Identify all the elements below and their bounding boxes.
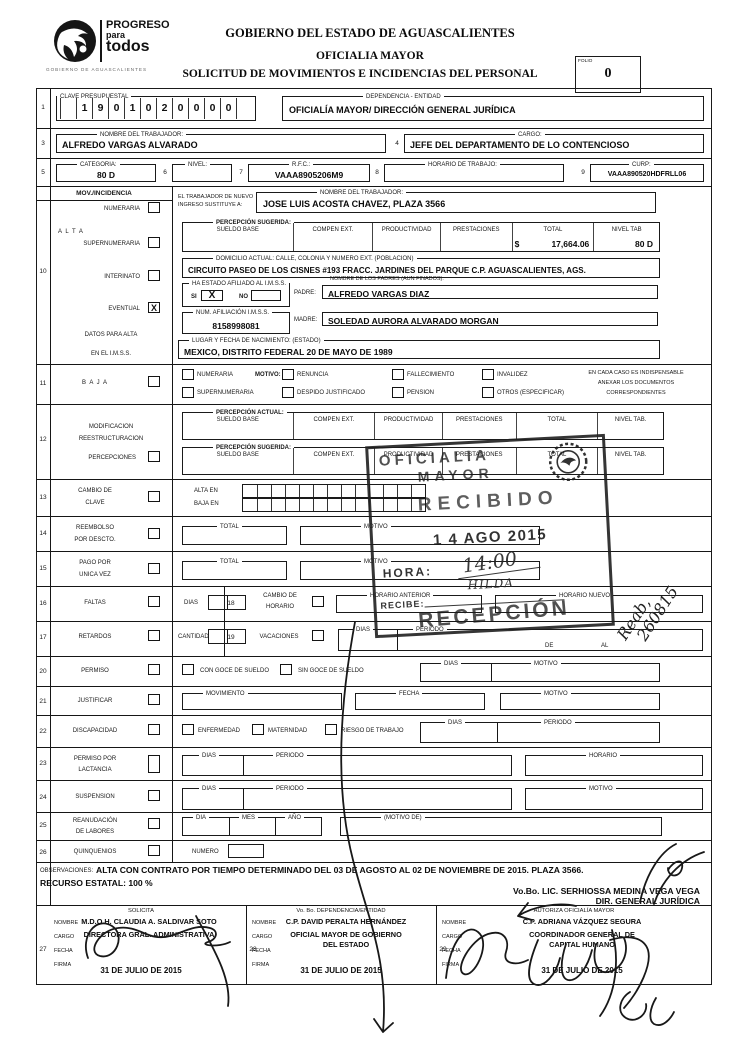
suspension-dias-label: DIAS bbox=[199, 785, 219, 793]
row-number: 6 bbox=[158, 169, 172, 176]
logo-divider bbox=[100, 20, 102, 62]
reanudacion-motivo-label: (MOTIVO DE) bbox=[381, 814, 425, 822]
lactancia-periodo-label: PERIODO bbox=[273, 752, 307, 760]
datos-para-alta-label: DATOS PARA ALTA bbox=[50, 332, 172, 339]
solicita-header: SOLICITA bbox=[36, 908, 246, 915]
nombre-trabajador-box[interactable]: NOMBRE DEL TRABAJADOR: ALFREDO VARGAS AL… bbox=[56, 134, 386, 153]
digit-cell[interactable]: 9 bbox=[92, 98, 108, 119]
cambio-clave-label-1: CAMBIO DE bbox=[50, 488, 140, 495]
otros-label: OTROS (ESPECIFICAR) bbox=[497, 390, 564, 397]
rule bbox=[36, 747, 712, 748]
reembolso-total-box[interactable]: TOTAL bbox=[182, 526, 287, 545]
nivel-tab-cell[interactable]: NIVEL TAB 80 D bbox=[593, 223, 659, 251]
padre-label: PADRE: bbox=[294, 290, 316, 297]
despido-checkbox[interactable] bbox=[282, 387, 294, 398]
baja-supernumeraria-label: SUPERNUMERARIA bbox=[197, 390, 254, 397]
title-gobierno: GOBIERNO DEL ESTADO DE AGUASCALIENTES bbox=[150, 26, 590, 41]
reception-stamp: OFICIALIA MAYOR RECIBIDO 1 4 AGO 2015 HO… bbox=[365, 434, 615, 638]
rule bbox=[36, 158, 712, 159]
baja-numeraria-label: NUMERARIA bbox=[197, 372, 233, 379]
digit-cell[interactable] bbox=[327, 485, 341, 497]
reanudacion-label-1: REANUDACIÓN bbox=[50, 818, 140, 825]
num-afiliacion-box[interactable]: NUM. AFILIACIÓN I.M.S.S. 8158998081 bbox=[182, 312, 290, 334]
compen-ext-label: COMPEN EXT. bbox=[310, 226, 357, 234]
rule bbox=[36, 840, 712, 841]
fecha-mini-label: FECHA bbox=[252, 948, 271, 955]
section-number: 12 bbox=[36, 436, 50, 443]
lactancia-dias-label: DIAS bbox=[199, 752, 219, 760]
digit-cell[interactable] bbox=[327, 499, 341, 511]
rfc-label: R.F.C.: bbox=[289, 161, 313, 169]
section-number: 15 bbox=[36, 565, 50, 572]
number-column-line bbox=[50, 88, 51, 905]
digit-cell[interactable] bbox=[236, 98, 252, 119]
vacaciones-checkbox[interactable] bbox=[312, 630, 324, 641]
sustituto-nombre-label: NOMBRE DEL TRABAJADOR: bbox=[317, 189, 406, 197]
justificar-label: JUSTIFICAR bbox=[50, 698, 140, 705]
autoriza-nombre: C.P. ADRIANA VÁZQUEZ SEGURA bbox=[462, 917, 702, 926]
riesgo-checkbox[interactable] bbox=[325, 724, 337, 735]
section-number: 16 bbox=[36, 600, 50, 607]
enfermedad-checkbox[interactable] bbox=[182, 724, 194, 735]
rule bbox=[36, 364, 712, 365]
total-value: 17,664.06 bbox=[551, 239, 589, 249]
section-number: 11 bbox=[36, 380, 50, 387]
cambio-clave-checkbox[interactable] bbox=[148, 491, 160, 502]
modificacion-checkbox[interactable] bbox=[148, 451, 160, 462]
pago-unica-label-1: PAGO POR bbox=[50, 560, 140, 567]
digit-cell[interactable] bbox=[299, 499, 313, 511]
justificar-movimiento-label: MOVIMIENTO bbox=[203, 690, 248, 698]
section-number: 20 bbox=[36, 668, 50, 675]
curp-value: VAAA890520HDFRLL06 bbox=[591, 171, 703, 178]
afiliado-imss-label: HA ESTADO AFILIADO AL I.M.S.S. bbox=[189, 280, 289, 288]
nombre-trabajador-value: ALFREDO VARGAS ALVARADO bbox=[62, 140, 198, 150]
row-number: 9 bbox=[576, 169, 590, 176]
invalidez-label: INVALIDEZ bbox=[497, 372, 528, 379]
con-goce-checkbox[interactable] bbox=[182, 664, 194, 675]
dependencia-value: OFICIALÍA MAYOR/ DIRECCIÓN GENERAL JURÍD… bbox=[289, 105, 516, 115]
baja-nota-2: ANEXAR LOS DOCUMENTOS bbox=[568, 380, 704, 387]
pa-total-label: TOTAL bbox=[545, 416, 570, 424]
vobo-dependencia-nombre: C.P. DAVID PERALTA HERNÁNDEZ bbox=[262, 917, 430, 926]
nacimiento-label: LUGAR Y FECHA DE NACIMIENTO: (ESTADO) bbox=[189, 337, 324, 345]
rule bbox=[243, 756, 244, 775]
cambio-clave-label-2: CLAVE bbox=[50, 500, 140, 507]
si-checkbox[interactable]: X bbox=[201, 290, 223, 301]
nivel-tab-label: NIVEL TAB bbox=[609, 226, 645, 234]
vobo-dependencia-fecha: 31 DE JULIO DE 2015 bbox=[246, 966, 436, 975]
rule bbox=[36, 128, 712, 129]
reanudacion-fecha-box[interactable]: DIA MES AÑO bbox=[182, 817, 322, 836]
observaciones-line-1: ALTA CON CONTRATO POR TIEMPO DETERMINADO… bbox=[96, 865, 584, 875]
digit-cell[interactable] bbox=[285, 499, 299, 511]
vacaciones-dias-label: DIAS bbox=[353, 626, 373, 634]
cargo-box[interactable]: CARGO: JEFE DEL DEPARTAMENTO DE LO CONTE… bbox=[404, 134, 704, 153]
pa-compen-cell[interactable]: COMPEN EXT. bbox=[293, 413, 375, 439]
suspension-checkbox[interactable] bbox=[148, 790, 160, 801]
rule bbox=[436, 905, 437, 985]
section-number: 23 bbox=[36, 760, 50, 767]
fallecimiento-checkbox[interactable] bbox=[392, 369, 404, 380]
num-afiliacion-label: NUM. AFILIACIÓN I.M.S.S. bbox=[193, 309, 272, 317]
numeraria-checkbox[interactable] bbox=[148, 202, 160, 213]
scanned-form-page: PROGRESO para todos GOBIERNO DE AGUASCAL… bbox=[0, 0, 743, 1046]
rule bbox=[275, 818, 276, 835]
pension-checkbox[interactable] bbox=[392, 387, 404, 398]
compen-ext-cell[interactable]: COMPEN EXT. bbox=[293, 223, 373, 251]
vobo-title: DIR. GENERAL JURÍDICA bbox=[360, 896, 700, 906]
madre-label: MADRE: bbox=[294, 317, 317, 324]
padres-label: NOMBRE DE LOS PADRES (AUN FINADOS): bbox=[330, 276, 444, 283]
observaciones-label: OBSERVACIONES: bbox=[40, 868, 93, 875]
pa-prod-cell[interactable]: PRODUCTIVIDAD bbox=[374, 413, 442, 439]
percepcion-sugerida-box: PERCEPCIÓN SUGERIDA: SUELDO BASE COMPEN … bbox=[182, 222, 660, 252]
despido-label: DESPIDO JUSTIFICADO bbox=[297, 390, 365, 397]
section-number: 13 bbox=[36, 494, 50, 501]
pa-prest-label: PRESTACIONES bbox=[453, 416, 506, 424]
vobo-dependencia-cargo-2: DEL ESTADO bbox=[262, 940, 430, 949]
eventual-label: EVENTUAL bbox=[60, 306, 140, 313]
sueldo-base-cell[interactable]: SUELDO BASE bbox=[183, 223, 293, 251]
label-column-line bbox=[172, 186, 173, 862]
autoriza-cargo-1: COORDINADOR GENERAL DE bbox=[462, 930, 702, 939]
suspension-dias-periodo-box[interactable]: DIAS PERIODO bbox=[182, 788, 512, 810]
percepciones-label: PERCEPCIONES bbox=[56, 455, 136, 462]
digit-cell[interactable] bbox=[271, 499, 285, 511]
clave-digit-cells: 1901020000 bbox=[60, 98, 252, 119]
nacimiento-value: MEXICO, DISTRITO FEDERAL 20 DE MAYO DE 1… bbox=[184, 347, 393, 357]
digit-cell[interactable] bbox=[271, 485, 285, 497]
pa-prod-label: PRODUCTIVIDAD bbox=[381, 416, 437, 424]
sustituye-label-1: EL TRABAJADOR DE NUEVO bbox=[178, 194, 253, 201]
justificar-movimiento-box[interactable]: MOVIMIENTO bbox=[182, 693, 342, 710]
domicilio-label: DOMICILIO ACTUAL: CALLE, COLONIA Y NUMER… bbox=[213, 255, 417, 263]
pa-sueldo-label: SUELDO BASE bbox=[214, 416, 262, 424]
suspension-periodo-label: PERIODO bbox=[273, 785, 307, 793]
cargo-label: CARGO: bbox=[515, 131, 545, 139]
discapacidad-dias-label: DIAS bbox=[445, 719, 465, 727]
seal-icon bbox=[546, 440, 590, 484]
baja-numeraria-checkbox[interactable] bbox=[182, 369, 194, 380]
pago-unica-checkbox[interactable] bbox=[148, 563, 160, 574]
section-number: 19 bbox=[224, 634, 238, 641]
ps-sueldo-cell[interactable]: SUELDO BASE bbox=[183, 448, 293, 474]
quinquenios-label: QUINQUENIOS bbox=[50, 849, 140, 856]
lactancia-checkbox[interactable] bbox=[148, 755, 160, 773]
pago-total-box[interactable]: TOTAL bbox=[182, 561, 287, 580]
dependencia-box[interactable]: DEPENDENCIA - ENTIDAD OFICIALÍA MAYOR/ D… bbox=[282, 96, 704, 121]
solicita-nombre: M.D.O.H. CLAUDIA A. SALDIVAR SOTO bbox=[54, 917, 244, 926]
section-number: 22 bbox=[36, 728, 50, 735]
digit-cell[interactable] bbox=[313, 499, 327, 511]
stamp-recibido: RECIBIDO bbox=[371, 485, 606, 519]
interinato-checkbox[interactable] bbox=[148, 270, 160, 281]
faltas-dias-label: DIAS bbox=[184, 600, 198, 607]
domicilio-box[interactable]: DOMICILIO ACTUAL: CALLE, COLONIA Y NUMER… bbox=[182, 258, 660, 278]
reanudacion-checkbox[interactable] bbox=[148, 818, 160, 829]
reanudacion-label-2: DE LABORES bbox=[50, 829, 140, 836]
otros-checkbox[interactable] bbox=[482, 387, 494, 398]
baja-en-label: BAJA EN bbox=[194, 501, 219, 508]
permiso-label: PERMISO bbox=[50, 668, 140, 675]
sin-goce-label: SIN GOCE DE SUELDO bbox=[298, 668, 364, 675]
reembolso-label-2: POR DESCTO. bbox=[50, 537, 140, 544]
observaciones-line-2: RECURSO ESTATAL: 100 % bbox=[40, 878, 153, 888]
interinato-label: INTERINATO bbox=[60, 274, 140, 281]
row-number: 4 bbox=[390, 140, 404, 147]
digit-cell[interactable] bbox=[355, 499, 369, 511]
pa-nivel-cell[interactable]: NIVEL TAB. bbox=[597, 413, 663, 439]
nivel-label: NIVEL: bbox=[185, 161, 210, 169]
stamp-hora-label: HORA: bbox=[382, 564, 432, 581]
section-number: 21 bbox=[36, 698, 50, 705]
padre-value: ALFREDO VARGAS DIAZ bbox=[328, 289, 429, 299]
rfc-box[interactable]: R.F.C.: VAAA8905206M9 bbox=[248, 164, 370, 182]
digit-cell[interactable] bbox=[257, 485, 271, 497]
digit-cell[interactable]: 2 bbox=[156, 98, 172, 119]
nivel-box[interactable]: NIVEL: bbox=[172, 164, 232, 182]
digit-cell[interactable] bbox=[341, 485, 355, 497]
pension-label: PENSION bbox=[407, 390, 434, 397]
maternidad-label: MATERNIDAD bbox=[268, 728, 307, 735]
clave-presupuestal-box: CLAVE PRESUPUESTAL 1901020000 bbox=[56, 96, 256, 121]
solicita-fecha: 31 DE JULIO DE 2015 bbox=[36, 966, 246, 975]
rule bbox=[229, 818, 230, 835]
productividad-cell[interactable]: PRODUCTIVIDAD bbox=[372, 223, 440, 251]
permiso-checkbox[interactable] bbox=[148, 664, 160, 675]
digit-cell[interactable] bbox=[243, 485, 257, 497]
productividad-label: PRODUCTIVIDAD bbox=[379, 226, 435, 234]
supernumeraria-label: SUPERNUMERARIA bbox=[56, 241, 140, 248]
title-solicitud: SOLICITUD DE MOVIMIENTOS E INCIDENCIAS D… bbox=[120, 68, 600, 80]
section-number: 10 bbox=[36, 268, 50, 275]
rule bbox=[36, 862, 712, 863]
reanudacion-ano-label: AÑO bbox=[285, 814, 304, 822]
rfc-value: VAAA8905206M9 bbox=[249, 170, 369, 180]
row-number: 1 bbox=[36, 104, 50, 111]
modificacion-label-1: MODIFICACION bbox=[50, 424, 172, 431]
rule bbox=[36, 686, 712, 687]
reanudacion-motivo-box[interactable]: (MOTIVO DE) bbox=[340, 817, 662, 836]
pago-total-label: TOTAL bbox=[217, 558, 242, 566]
curp-label: CURP: bbox=[629, 161, 654, 169]
modificacion-label-2: REESTRUCTURACION bbox=[50, 436, 172, 443]
row-number: 7 bbox=[234, 169, 248, 176]
vacaciones-label: VACACIONES bbox=[248, 634, 310, 641]
cargo-mini-label: CARGO bbox=[442, 934, 462, 941]
permiso-motivo-label: MOTIVO bbox=[531, 660, 561, 668]
ps-compen-cell[interactable]: COMPEN EXT. bbox=[293, 448, 375, 474]
lactancia-label-1: PERMISO POR bbox=[50, 756, 140, 763]
faltas-checkbox[interactable] bbox=[148, 596, 160, 607]
discapacidad-label: DISCAPACIDAD bbox=[50, 728, 140, 735]
categoria-label: CATEGORIA: bbox=[77, 161, 120, 169]
sueldo-base-label: SUELDO BASE bbox=[214, 226, 262, 234]
baja-checkbox[interactable] bbox=[148, 376, 160, 387]
firma-mini-label: FIRMA bbox=[442, 962, 459, 969]
pa-compen-label: COMPEN EXT. bbox=[311, 416, 358, 424]
renuncia-label: RENUNCIA bbox=[297, 372, 328, 379]
prestaciones-cell[interactable]: PRESTACIONES bbox=[440, 223, 512, 251]
digit-cell[interactable] bbox=[299, 485, 313, 497]
reanudacion-dia-label: DIA bbox=[193, 814, 209, 822]
discapacidad-dias-periodo-box[interactable]: DIAS PERIODO bbox=[420, 722, 660, 743]
digit-cell[interactable] bbox=[243, 499, 257, 511]
reanudacion-mes-label: MES bbox=[239, 814, 258, 822]
justificar-checkbox[interactable] bbox=[148, 694, 160, 705]
cambio-horario-label-2: HORARIO bbox=[250, 604, 310, 611]
title-oficialia: OFICIALIA MAYOR bbox=[150, 50, 590, 62]
horario-trabajo-label: HORARIO DE TRABAJO: bbox=[425, 161, 500, 169]
alta-en-label: ALTA EN bbox=[194, 488, 218, 495]
digit-cell[interactable]: 0 bbox=[108, 98, 124, 119]
stamp-mayor: MAYOR bbox=[417, 465, 494, 485]
vobo-dependencia-cargo-1: OFICIAL MAYOR DE GOBIERNO bbox=[262, 930, 430, 939]
cambio-horario-checkbox[interactable] bbox=[312, 596, 324, 607]
digit-cell[interactable]: 0 bbox=[140, 98, 156, 119]
digit-cell[interactable] bbox=[257, 499, 271, 511]
numero-box[interactable] bbox=[228, 844, 264, 858]
nivel-tab-value: 80 D bbox=[635, 239, 653, 249]
no-label: NO bbox=[239, 294, 248, 301]
digit-cell[interactable]: 0 bbox=[220, 98, 236, 119]
sustituto-nombre-box[interactable]: NOMBRE DEL TRABAJADOR: JOSE LUIS ACOSTA … bbox=[256, 192, 656, 213]
digit-cell[interactable]: 1 bbox=[76, 98, 92, 119]
retardos-checkbox[interactable] bbox=[148, 630, 160, 641]
nacimiento-box[interactable]: LUGAR Y FECHA DE NACIMIENTO: (ESTADO) ME… bbox=[178, 340, 660, 359]
rule bbox=[36, 200, 172, 201]
quinquenios-checkbox[interactable] bbox=[148, 845, 160, 856]
section-number: 27 bbox=[36, 946, 50, 953]
sin-goce-checkbox[interactable] bbox=[280, 664, 292, 675]
rule bbox=[497, 723, 498, 742]
numeraria-label: NUMERARIA bbox=[60, 206, 140, 213]
autoriza-cargo-2: CAPITAL HUMANO bbox=[462, 940, 702, 949]
rule bbox=[36, 812, 712, 813]
cambio-horario-label-1: CAMBIO DE bbox=[250, 593, 310, 600]
discapacidad-periodo-label: PERIODO bbox=[541, 719, 575, 727]
total-currency: $ bbox=[515, 239, 520, 249]
digit-cell[interactable]: 1 bbox=[124, 98, 140, 119]
vacaciones-de-label: DE bbox=[545, 643, 553, 650]
motivo-label: MOTIVO: bbox=[255, 372, 281, 379]
renuncia-checkbox[interactable] bbox=[282, 369, 294, 380]
digit-cell[interactable] bbox=[285, 485, 299, 497]
suspension-motivo-label: MOTIVO bbox=[586, 785, 616, 793]
faltas-label: FALTAS bbox=[50, 600, 140, 607]
stamp-hora-value: 14:00 bbox=[455, 545, 540, 579]
justificar-fecha-box[interactable]: FECHA bbox=[355, 693, 485, 710]
rule bbox=[36, 186, 712, 187]
progreso-logo-icon bbox=[52, 18, 98, 64]
eventual-checkbox[interactable]: X bbox=[148, 302, 160, 313]
row-number: 5 bbox=[36, 169, 50, 176]
digit-cell[interactable] bbox=[60, 98, 76, 119]
maternidad-checkbox[interactable] bbox=[252, 724, 264, 735]
justificar-fecha-label: FECHA bbox=[396, 690, 422, 698]
en-el-imss-label: EN EL I.M.S.S. bbox=[50, 351, 172, 358]
stamp-date: 1 4 AGO 2015 bbox=[373, 523, 608, 552]
supernumeraria-checkbox[interactable] bbox=[148, 237, 160, 248]
madre-box[interactable]: SOLEDAD AURORA ALVARADO MORGAN bbox=[322, 312, 658, 326]
fecha-mini-label: FECHA bbox=[442, 948, 461, 955]
permiso-dias-label: DIAS bbox=[441, 660, 461, 668]
digit-cell[interactable] bbox=[341, 499, 355, 511]
lactancia-horario-label: HORARIO bbox=[586, 752, 620, 760]
con-goce-label: CON GOCE DE SUELDO bbox=[200, 668, 269, 675]
suspension-label: SUSPENSION bbox=[50, 794, 140, 801]
permiso-dias-motivo-box[interactable]: DIAS MOTIVO bbox=[420, 663, 660, 682]
vacaciones-al-label: AL bbox=[601, 643, 608, 650]
digit-cell[interactable] bbox=[313, 485, 327, 497]
justificar-motivo-label: MOTIVO bbox=[541, 690, 571, 698]
pa-sueldo-cell[interactable]: SUELDO BASE bbox=[183, 413, 293, 439]
categoria-box[interactable]: CATEGORIA: 80 D bbox=[56, 164, 156, 182]
solicita-cargo: DIRECTORA GRAL. ADMINISTRATIVA bbox=[54, 930, 244, 939]
padre-box[interactable]: ALFREDO VARGAS DIAZ bbox=[322, 285, 658, 299]
baja-nota-1: EN CADA CASO ES INDISPENSABLE bbox=[568, 370, 704, 377]
numero-label: NUMERO bbox=[192, 849, 219, 856]
row-number: 8 bbox=[370, 169, 384, 176]
sustituto-nombre-value: JOSE LUIS ACOSTA CHAVEZ, PLAZA 3566 bbox=[263, 199, 445, 209]
digit-cell[interactable]: 0 bbox=[188, 98, 204, 119]
baja-nota-3: CORRESPONDIENTES bbox=[568, 390, 704, 397]
ps-nivel-cell[interactable]: NIVEL TAB. bbox=[597, 448, 663, 474]
horario-trabajo-box[interactable]: HORARIO DE TRABAJO: bbox=[384, 164, 564, 182]
no-checkbox[interactable] bbox=[251, 290, 281, 301]
section-number: 17 bbox=[36, 634, 50, 641]
reembolso-checkbox[interactable] bbox=[148, 528, 160, 539]
rule bbox=[36, 656, 712, 657]
vobo-name: Vo.Bo. LIC. SERHIOSSA MEDINA VEGA VEGA bbox=[360, 886, 700, 896]
fecha-mini-label: FECHA bbox=[54, 948, 73, 955]
ps-compen-label: COMPEN EXT. bbox=[311, 451, 358, 459]
pa-prest-cell[interactable]: PRESTACIONES bbox=[442, 413, 516, 439]
invalidez-checkbox[interactable] bbox=[482, 369, 494, 380]
ps-nivel-label: NIVEL TAB. bbox=[612, 451, 650, 459]
lactancia-label-2: LACTANCIA bbox=[50, 767, 140, 774]
pago-unica-label-2: UNICA VEZ bbox=[50, 572, 140, 579]
row-number: 3 bbox=[36, 140, 50, 147]
reembolso-label-1: REEMBOLSO bbox=[50, 525, 140, 532]
lactancia-dias-periodo-box[interactable]: DIAS PERIODO bbox=[182, 755, 512, 776]
num-afiliacion-value: 8158998081 bbox=[183, 321, 289, 331]
fallecimiento-label: FALLECIMIENTO bbox=[407, 372, 454, 379]
digit-cell[interactable]: 0 bbox=[204, 98, 220, 119]
prestaciones-label: PRESTACIONES bbox=[450, 226, 503, 234]
folio-label: FOLIO bbox=[578, 58, 592, 65]
discapacidad-checkbox[interactable] bbox=[148, 724, 160, 735]
lactancia-horario-box[interactable]: HORARIO bbox=[525, 755, 703, 776]
baja-supernumeraria-checkbox[interactable] bbox=[182, 387, 194, 398]
domicilio-value: CIRCUITO PASEO DE LOS CISNES #193 FRACC.… bbox=[188, 266, 586, 275]
section-number: 24 bbox=[36, 794, 50, 801]
curp-box[interactable]: CURP: VAAA890520HDFRLL06 bbox=[590, 164, 704, 182]
rule bbox=[36, 404, 712, 405]
total-cell[interactable]: TOTAL $ 17,664.06 bbox=[512, 223, 594, 251]
suspension-motivo-box[interactable]: MOTIVO bbox=[525, 788, 703, 810]
dependencia-label: DEPENDENCIA - ENTIDAD bbox=[363, 93, 444, 101]
vobo-dependencia-header: Vo. Bo. DEPENDENCIA/ENTIDAD bbox=[246, 908, 436, 915]
rule bbox=[36, 715, 712, 716]
section-number: 25 bbox=[36, 822, 50, 829]
digit-cell[interactable]: 0 bbox=[172, 98, 188, 119]
categoria-value: 80 D bbox=[57, 170, 155, 180]
justificar-motivo-box[interactable]: MOTIVO bbox=[500, 693, 660, 710]
enfermedad-label: ENFERMEDAD bbox=[198, 728, 240, 735]
signature-ch-doodle bbox=[620, 992, 674, 1025]
